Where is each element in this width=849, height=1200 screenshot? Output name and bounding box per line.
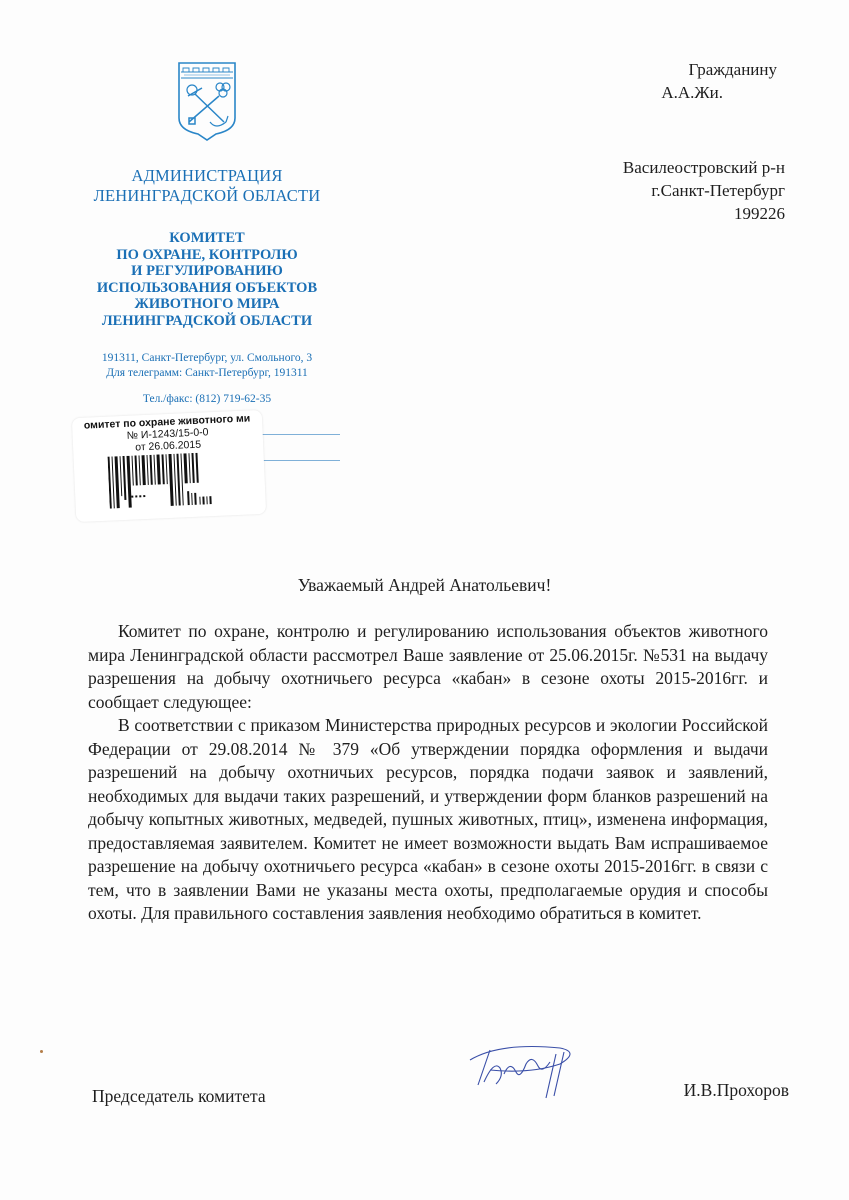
signatory-title: Председатель комитета [92,1086,266,1107]
reference-line-1 [262,434,340,435]
committee-phone: Тел./факс: (812) 719-62-35 [62,393,352,405]
body-paragraph: В соответствии с приказом Министерства п… [88,714,768,926]
recipient-block: Гражданину А.А.Жи. Василеостровский р-н … [623,58,785,225]
barcode-icon [108,451,230,508]
registration-sticker: омитет по охране животного ми № И-1243/1… [72,410,266,522]
recipient-address: Василеостровский р-н г.Санкт-Петербург 1… [623,156,785,225]
signatory-name: И.В.Прохоров [684,1080,789,1101]
committee-title: КОМИТЕТ ПО ОХРАНЕ, КОНТРОЛЮ И РЕГУЛИРОВА… [62,230,352,329]
scan-speck [40,1050,43,1053]
administration-title: АДМИНИСТРАЦИЯ ЛЕНИНГРАДСКОЙ ОБЛАСТИ [62,166,352,206]
letter-body: Комитет по охране, контролю и регулирова… [88,620,768,926]
recipient-title: Гражданину [623,58,777,81]
letterhead: АДМИНИСТРАЦИЯ ЛЕНИНГРАДСКОЙ ОБЛАСТИ КОМИ… [62,60,352,405]
signature-icon [460,1040,590,1100]
recipient-name: А.А.Жи. [623,81,723,104]
salutation: Уважаемый Андрей Анатольевич! [0,575,849,596]
reference-line-2 [262,460,340,461]
committee-address: 191311, Санкт-Петербург, ул. Смольного, … [62,351,352,381]
body-paragraph: Комитет по охране, контролю и регулирова… [88,620,768,714]
coat-of-arms-icon [176,60,238,142]
